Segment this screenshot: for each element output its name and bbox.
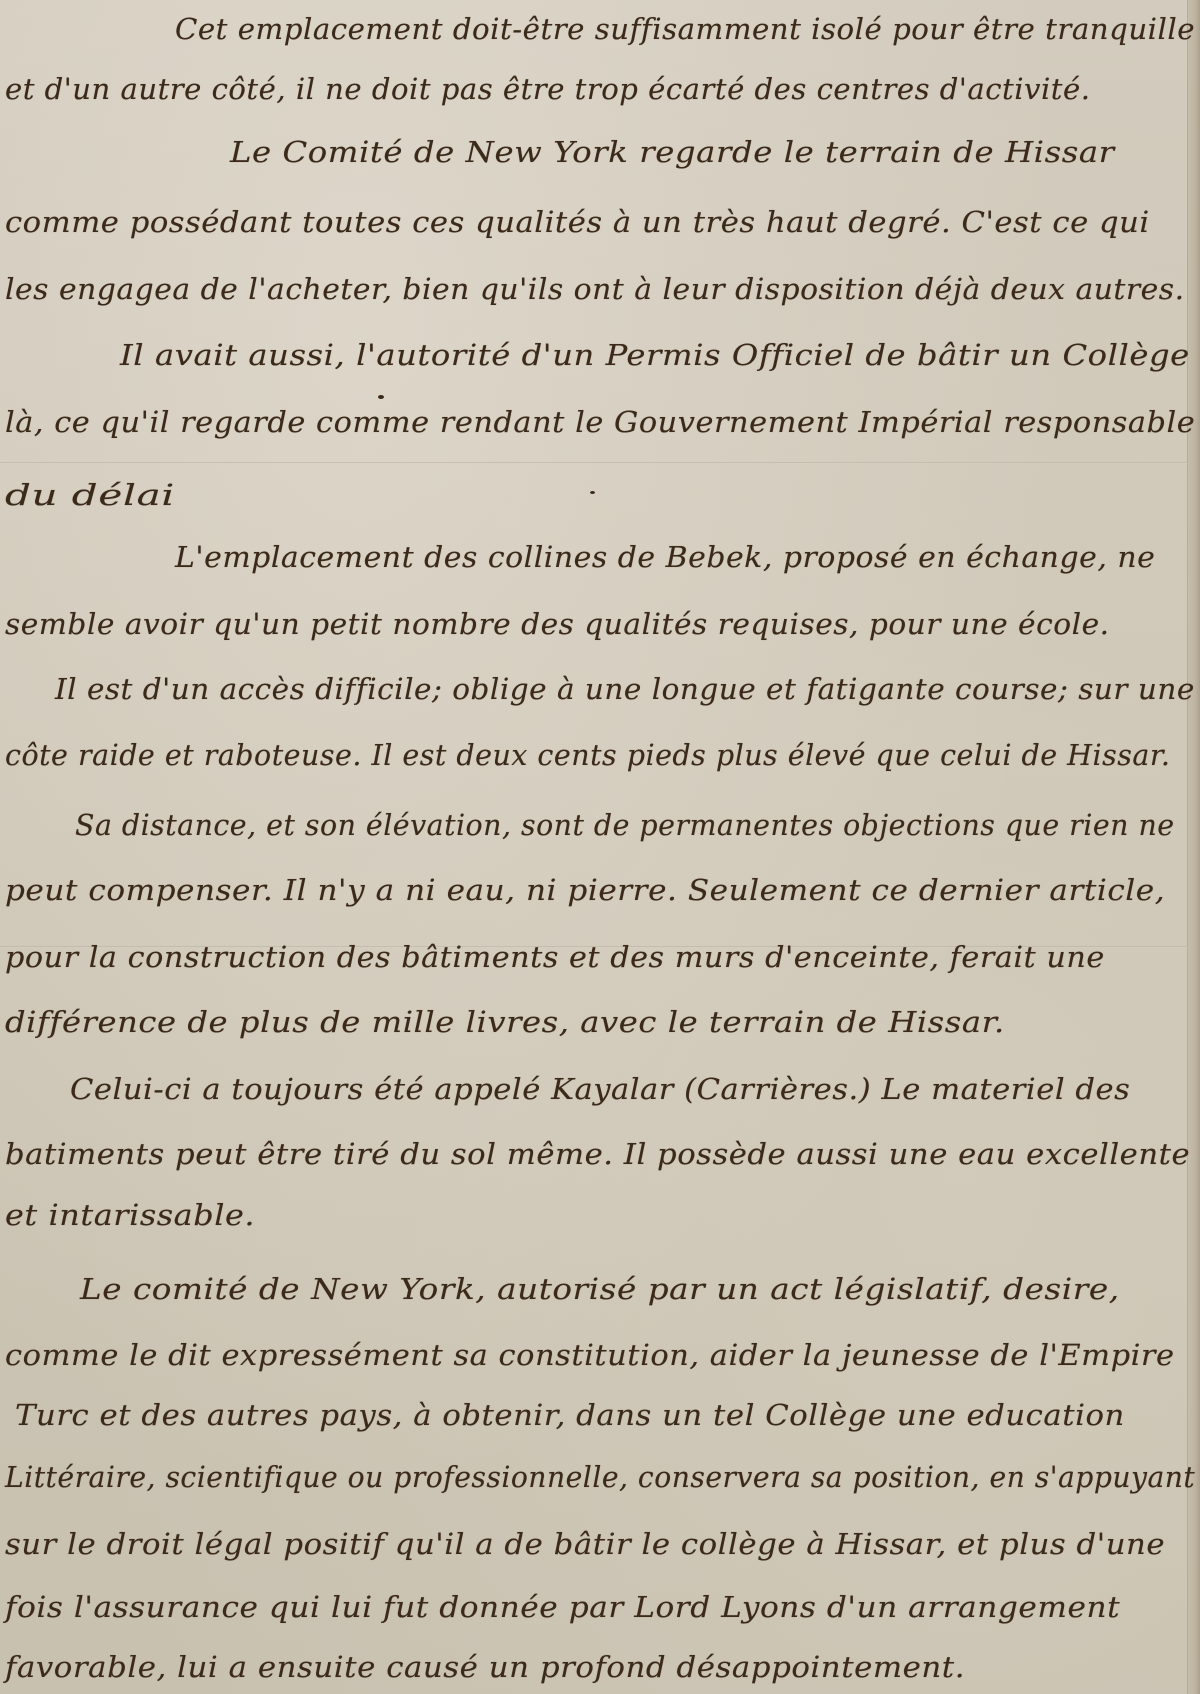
manuscript-line: différence de plus de mille livres, avec… xyxy=(5,1005,1005,1039)
manuscript-line: et intarissable. xyxy=(5,1198,255,1232)
manuscript-line: favorable, lui a ensuite causé un profon… xyxy=(5,1650,965,1684)
manuscript-line: fois l'assurance qui lui fut donnée par … xyxy=(5,1590,1120,1624)
manuscript-line: comme possédant toutes ces qualités à un… xyxy=(5,205,1150,239)
manuscript-line: Sa distance, et son élévation, sont de p… xyxy=(75,808,1175,842)
manuscript-line: L'emplacement des collines de Bebek, pro… xyxy=(175,540,1155,574)
manuscript-line: et d'un autre côté, il ne doit pas être … xyxy=(5,72,1090,106)
manuscript-line: Le Comité de New York regarde le terrain… xyxy=(230,135,1115,169)
manuscript-line: peut compenser. Il n'y a ni eau, ni pier… xyxy=(5,873,1165,907)
manuscript-line: Il est d'un accès difficile; oblige à un… xyxy=(55,672,1195,706)
manuscript-line: Il avait aussi, l'autorité d'un Permis O… xyxy=(120,338,1190,372)
manuscript-line: semble avoir qu'un petit nombre des qual… xyxy=(5,607,1110,641)
ink-spot xyxy=(378,395,384,399)
manuscript-line: batiments peut être tiré du sol même. Il… xyxy=(5,1137,1190,1171)
manuscript-line: les engagea de l'acheter, bien qu'ils on… xyxy=(5,272,1185,306)
manuscript-line: là, ce qu'il regarde comme rendant le Go… xyxy=(5,405,1195,439)
manuscript-line: du délai xyxy=(5,478,175,512)
manuscript-line: Cet emplacement doit-être suffisamment i… xyxy=(175,12,1195,46)
manuscript-page: Cet emplacement doit-être suffisamment i… xyxy=(0,0,1200,1694)
manuscript-line: Littéraire, scientifique ou professionne… xyxy=(5,1460,1195,1494)
manuscript-line: Celui-ci a toujours été appelé Kayalar (… xyxy=(70,1072,1130,1106)
fold-line xyxy=(0,462,1188,464)
ink-spot xyxy=(590,491,595,494)
manuscript-line: Le comité de New York, autorisé par un a… xyxy=(80,1272,1120,1306)
manuscript-line: comme le dit expressément sa constitutio… xyxy=(5,1338,1175,1372)
manuscript-line: côte raide et raboteuse. Il est deux cen… xyxy=(5,738,1170,772)
manuscript-line: Turc et des autres pays, à obtenir, dans… xyxy=(15,1398,1125,1432)
paper-edge xyxy=(1187,0,1200,1694)
manuscript-line: sur le droit légal positif qu'il a de bâ… xyxy=(5,1527,1165,1561)
manuscript-line: pour la construction des bâtiments et de… xyxy=(5,940,1105,974)
